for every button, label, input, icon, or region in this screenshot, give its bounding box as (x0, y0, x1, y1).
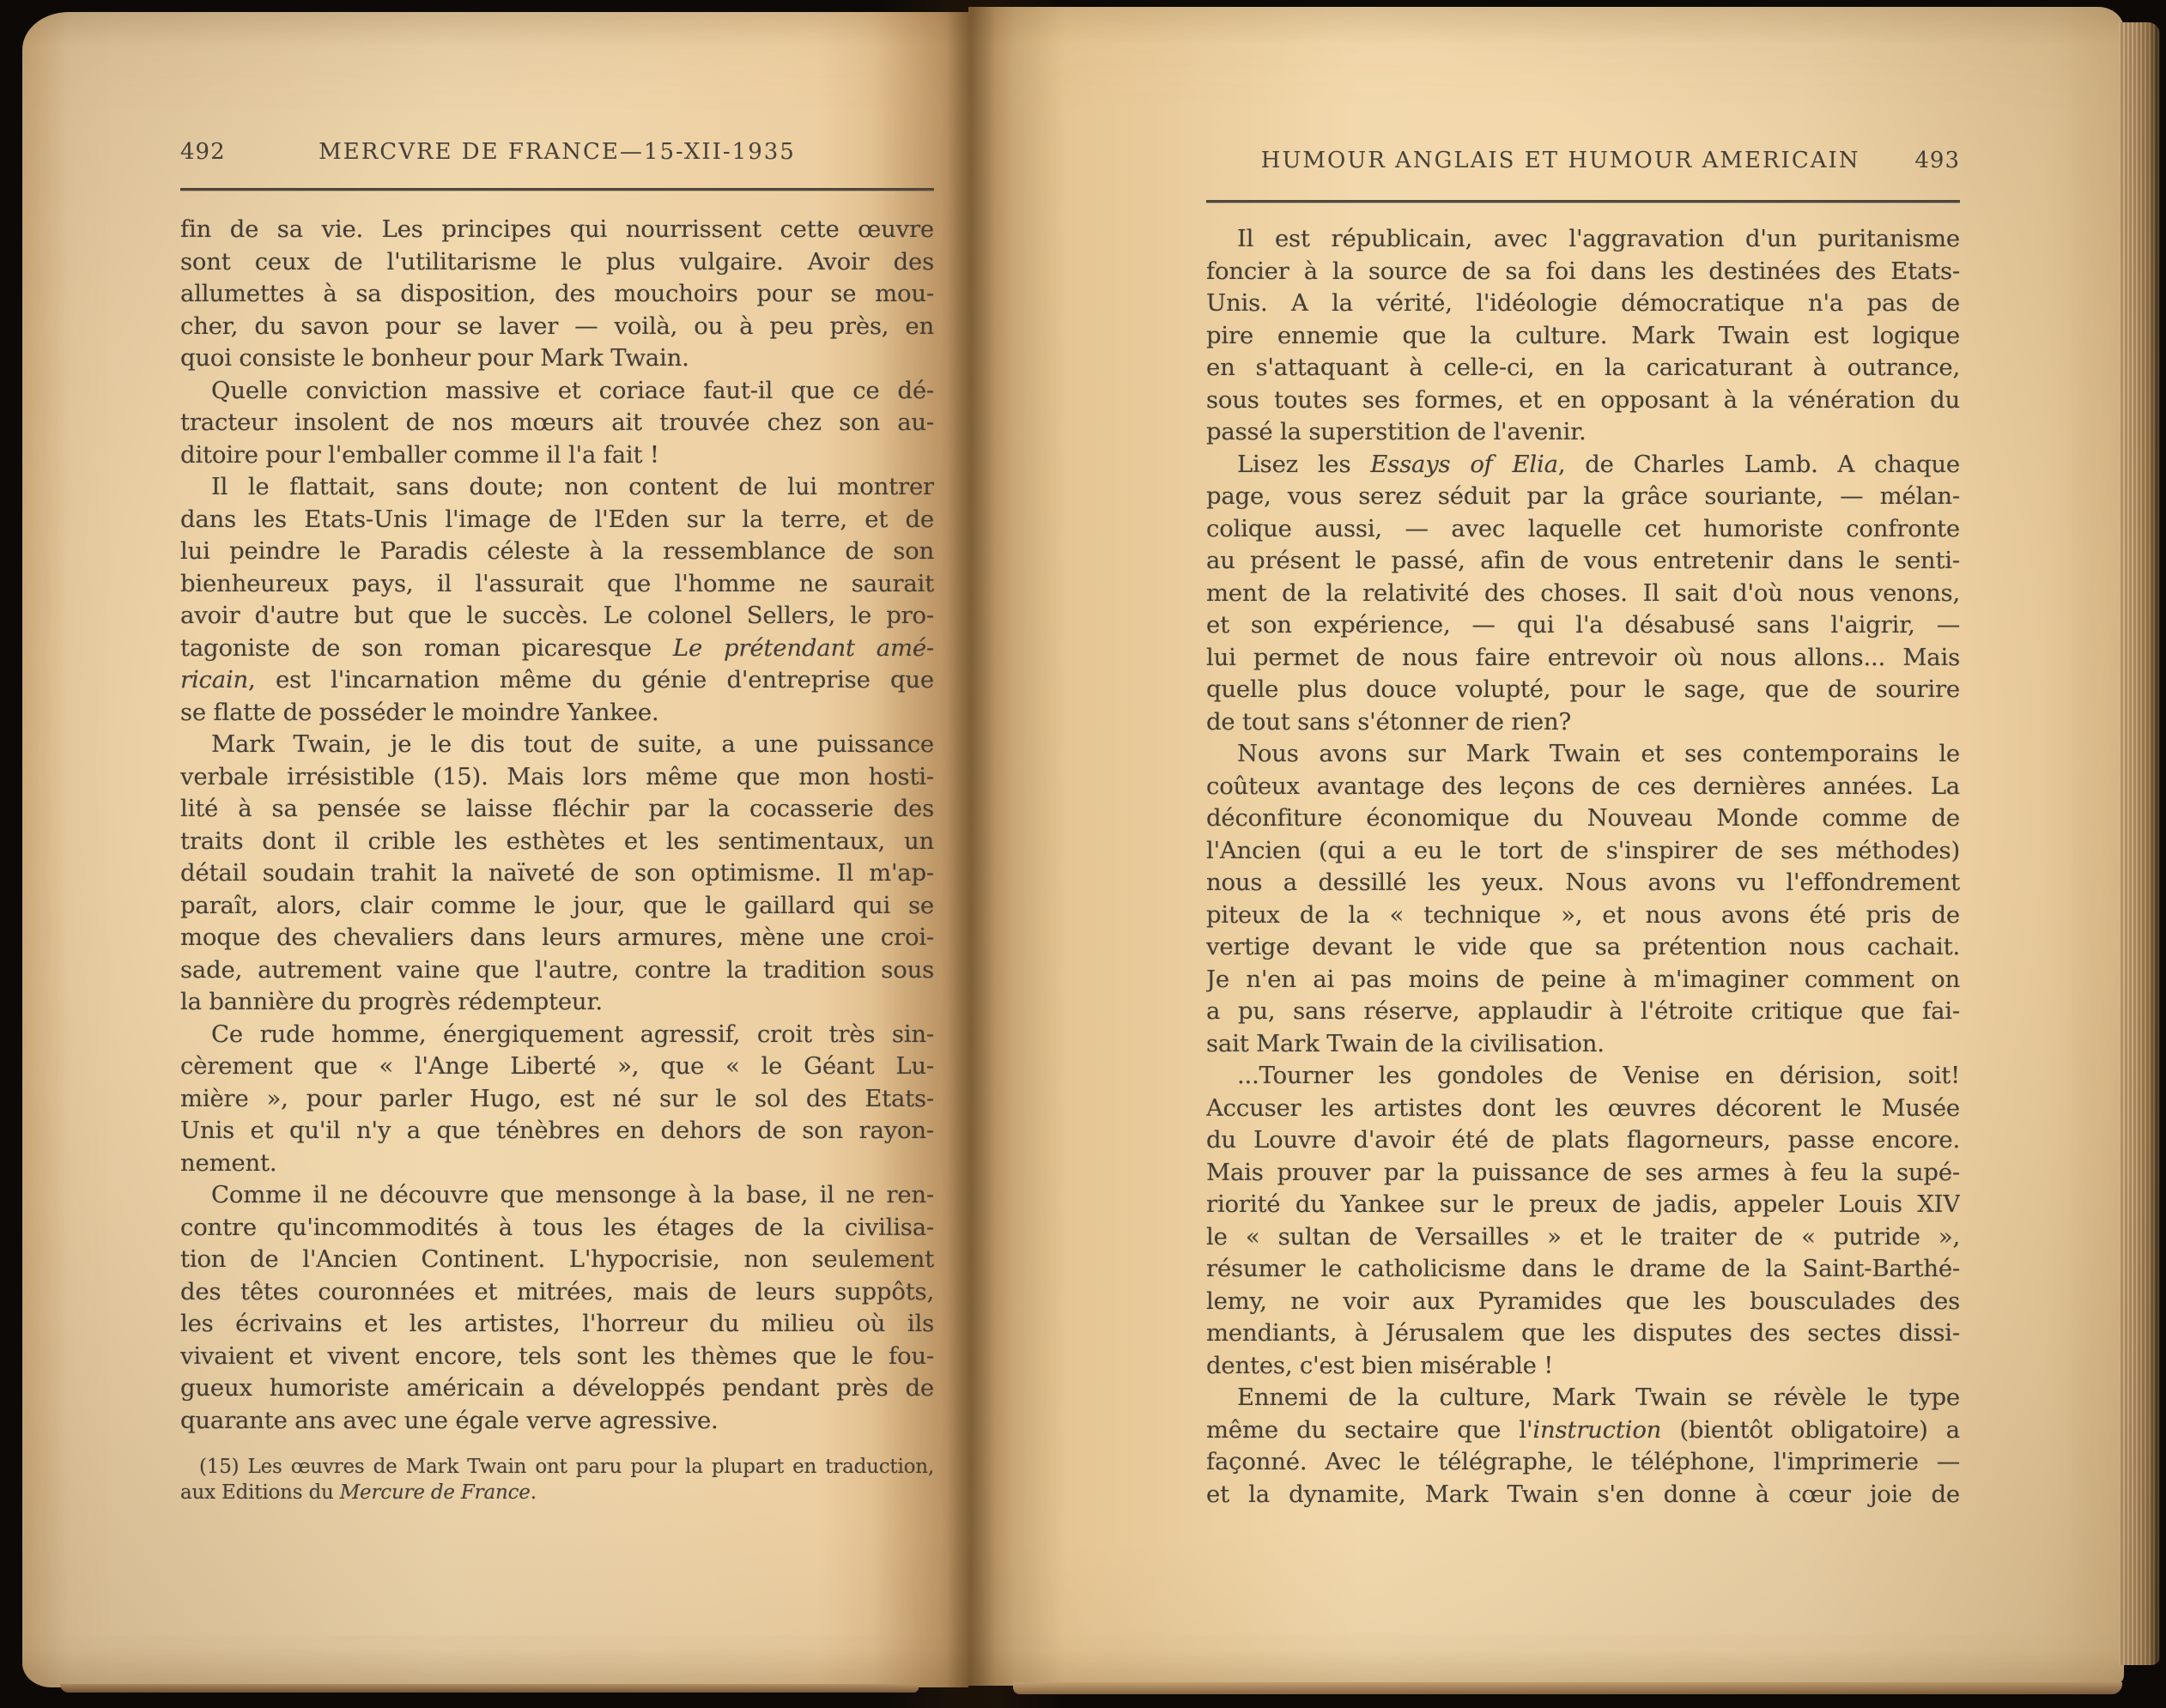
text-line: Lisez les Essays of Elia, de Charles Lam… (1206, 449, 1960, 482)
fore-edge-page-stack (2119, 22, 2160, 1665)
open-book-photo: 492 MERCVRE DE FRANCE—15-XII-1935 fin de… (0, 0, 2166, 1708)
text-line: des têtes couronnées et mitrées, mais de… (180, 1276, 934, 1309)
paragraph: fin de sa vie. Les principes qui nourris… (180, 214, 934, 375)
left-page-body: fin de sa vie. Les principes qui nourris… (180, 214, 934, 1437)
text-line: ricain, est l'incarnation même du génie … (180, 664, 934, 697)
text-line: lemy, ne voir aux Pyramides que les bous… (1206, 1286, 1960, 1318)
text-line: sous toutes ses formes, et en opposant à… (1206, 385, 1960, 417)
text-line: Ennemi de la culture, Mark Twain se révè… (1206, 1382, 1960, 1414)
text-line: colique aussi, — avec laquelle cet humor… (1206, 513, 1960, 546)
text-line: Quelle conviction massive et coriace fau… (180, 375, 934, 408)
text-line: sade, autrement vaine que l'autre, contr… (180, 954, 934, 987)
text-line: quelle plus douce volupté, pour le sage,… (1206, 674, 1960, 706)
text-line: moque des chevaliers dans leurs armures,… (180, 922, 934, 954)
paragraph: Nous avons sur Mark Twain et ses contemp… (1206, 738, 1960, 1060)
left-page-header: 492 MERCVRE DE FRANCE—15-XII-1935 (180, 137, 934, 167)
text-line: riorité du Yankee sur le preux de jadis,… (1206, 1189, 1960, 1221)
paragraph: Quelle conviction massive et coriace fau… (180, 375, 934, 472)
paragraph: Comme il ne découvre que mensonge à la b… (180, 1179, 934, 1437)
text-line: les écrivains et les artistes, l'horreur… (180, 1308, 934, 1341)
text-line: traits dont il crible les esthètes et le… (180, 826, 934, 858)
text-line: sait Mark Twain de la civilisation. (1206, 1028, 1960, 1061)
text-line: piteux de la « technique », et nous avon… (1206, 899, 1960, 932)
text-line: avoir d'autre but que le succès. Le colo… (180, 600, 934, 633)
text-line: au présent le passé, afin de vous entret… (1206, 545, 1960, 578)
text-line: cher, du savon pour se laver — voilà, ou… (180, 311, 934, 343)
text-line: paraît, alors, clair comme le jour, que … (180, 890, 934, 923)
right-page-body: Il est républicain, avec l'aggravation d… (1206, 223, 1960, 1511)
text-line: page, vous serez séduit par la grâce sou… (1206, 481, 1960, 513)
text-line: dentes, c'est bien misérable ! (1206, 1350, 1960, 1383)
text-line: cèrement que « l'Ange Liberté », que « l… (180, 1051, 934, 1083)
text-line: coûteux avantage des leçons de ces derni… (1206, 771, 1960, 803)
text-line: mière », pour parler Hugo, est né sur le… (180, 1083, 934, 1116)
text-line: sont ceux de l'utilitarisme le plus vulg… (180, 246, 934, 279)
bottom-page-edge-left (60, 1684, 919, 1693)
text-line: et la dynamite, Mark Twain s'en donne à … (1206, 1479, 1960, 1511)
text-line: tagoniste de son roman picaresque Le pré… (180, 633, 934, 665)
paragraph: Il est républicain, avec l'aggravation d… (1206, 223, 1960, 449)
text-line: du Louvre d'avoir été de plats flagorneu… (1206, 1124, 1960, 1157)
text-line: déconfiture économique du Nouveau Monde … (1206, 803, 1960, 835)
text-line: foncier à la source de sa foi dans les d… (1206, 256, 1960, 288)
text-line: quarante ans avec une égale verve agress… (180, 1405, 934, 1438)
text-line: dans les Etats-Unis l'image de l'Eden su… (180, 504, 934, 536)
right-page-text-column: HUMOUR ANGLAIS ET HUMOUR AMERICAIN 493 I… (1206, 146, 1960, 1511)
text-line: Mark Twain, je le dis tout de suite, a u… (180, 729, 934, 761)
text-line: aux Editions du Mercure de France. (180, 1480, 934, 1505)
right-header-rule (1206, 200, 1960, 203)
text-line: et son expérience, — qui l'a désabusé sa… (1206, 609, 1960, 642)
text-line: passé la superstition de l'avenir. (1206, 416, 1960, 449)
text-line: ditoire pour l'emballer comme il l'a fai… (180, 439, 934, 472)
text-line: vertige devant le vide que sa prétention… (1206, 931, 1960, 964)
paragraph: ...Tourner les gondoles de Venise en dér… (1206, 1060, 1960, 1382)
left-page-footnote: (15) Les œuvres de Mark Twain ont paru p… (180, 1454, 934, 1505)
text-line: détail soudain trahit la naïveté de son … (180, 857, 934, 890)
text-line: Unis et qu'il n'y a que ténèbres en deho… (180, 1115, 934, 1148)
text-line: mendiants, à Jérusalem que les disputes … (1206, 1317, 1960, 1350)
text-line: Nous avons sur Mark Twain et ses contemp… (1206, 738, 1960, 771)
text-line: verbale irrésistible (15). Mais lors mêm… (180, 761, 934, 794)
text-line: tion de l'Ancien Continent. L'hypocrisie… (180, 1244, 934, 1276)
text-line: façonné. Avec le télégraphe, le téléphon… (1206, 1446, 1960, 1479)
text-line: Il est républicain, avec l'aggravation d… (1206, 223, 1960, 256)
text-line: quoi consiste le bonheur pour Mark Twain… (180, 342, 934, 375)
text-line: Mais prouver par la puissance de ses arm… (1206, 1157, 1960, 1190)
text-line: Unis. A la vérité, l'idéologie démocrati… (1206, 288, 1960, 320)
text-line: allumettes à sa disposition, des mouchoi… (180, 278, 934, 311)
text-line: nement. (180, 1148, 934, 1180)
right-page-header: HUMOUR ANGLAIS ET HUMOUR AMERICAIN 493 (1206, 146, 1960, 175)
paragraph: Mark Twain, je le dis tout de suite, a u… (180, 729, 934, 1019)
text-line: lui permet de nous faire entrevoir où no… (1206, 642, 1960, 675)
text-line: vivaient et vivent encore, tels sont les… (180, 1341, 934, 1373)
text-line: Comme il ne découvre que mensonge à la b… (180, 1179, 934, 1212)
text-line: contre qu'incommodités à tous les étages… (180, 1212, 934, 1245)
text-line: Je n'en ai pas moins de peine à m'imagin… (1206, 964, 1960, 996)
text-line: en s'attaquant à celle-ci, en la caricat… (1206, 352, 1960, 385)
right-running-title: HUMOUR ANGLAIS ET HUMOUR AMERICAIN (1261, 146, 1860, 175)
text-line: résumer le catholicisme dans le drame de… (1206, 1253, 1960, 1286)
paragraph: Lisez les Essays of Elia, de Charles Lam… (1206, 449, 1960, 739)
text-line: bienheureux pays, il l'assurait que l'ho… (180, 568, 934, 601)
text-line: même du sectaire que l'instruction (bien… (1206, 1414, 1960, 1447)
text-line: lui peindre le Paradis céleste à la ress… (180, 536, 934, 568)
text-line: l'Ancien (qui a eu le tort de s'inspirer… (1206, 835, 1960, 868)
text-line: fin de sa vie. Les principes qui nourris… (180, 214, 934, 246)
text-line: gueux humoriste américain a développés p… (180, 1372, 934, 1405)
left-page-text-column: 492 MERCVRE DE FRANCE—15-XII-1935 fin de… (180, 137, 934, 1505)
text-line: ment de la relativité des choses. Il sai… (1206, 578, 1960, 610)
text-line: tracteur insolent de nos mœurs ait trouv… (180, 407, 934, 439)
bottom-page-edge-right (1013, 1682, 2122, 1694)
text-line: Il le flattait, sans doute; non content … (180, 471, 934, 504)
text-line: pire ennemie que la culture. Mark Twain … (1206, 320, 1960, 353)
text-line: la bannière du progrès rédempteur. (180, 986, 934, 1019)
left-running-title: MERCVRE DE FRANCE—15-XII-1935 (319, 137, 796, 167)
text-line: ...Tourner les gondoles de Venise en dér… (1206, 1060, 1960, 1093)
left-header-rule (180, 188, 934, 191)
text-line: (15) Les œuvres de Mark Twain ont paru p… (180, 1454, 934, 1480)
text-line: de tout sans s'étonner de rien? (1206, 706, 1960, 739)
right-page-number: 493 (1914, 146, 1960, 175)
text-line: a pu, sans réserve, applaudir à l'étroit… (1206, 996, 1960, 1028)
paragraph: Ennemi de la culture, Mark Twain se révè… (1206, 1382, 1960, 1511)
text-line: le « sultan de Versailles » et le traite… (1206, 1221, 1960, 1254)
text-line: Accuser les artistes dont les œuvres déc… (1206, 1093, 1960, 1125)
paragraph: Ce rude homme, énergiquement agressif, c… (180, 1019, 934, 1180)
left-page-number: 492 (180, 137, 226, 167)
paragraph: Il le flattait, sans doute; non content … (180, 471, 934, 729)
text-line: lité à sa pensée se laisse fléchir par l… (180, 793, 934, 826)
text-line: nous a dessillé les yeux. Nous avons vu … (1206, 867, 1960, 899)
text-line: se flatte de posséder le moindre Yankee. (180, 697, 934, 730)
text-line: Ce rude homme, énergiquement agressif, c… (180, 1019, 934, 1051)
